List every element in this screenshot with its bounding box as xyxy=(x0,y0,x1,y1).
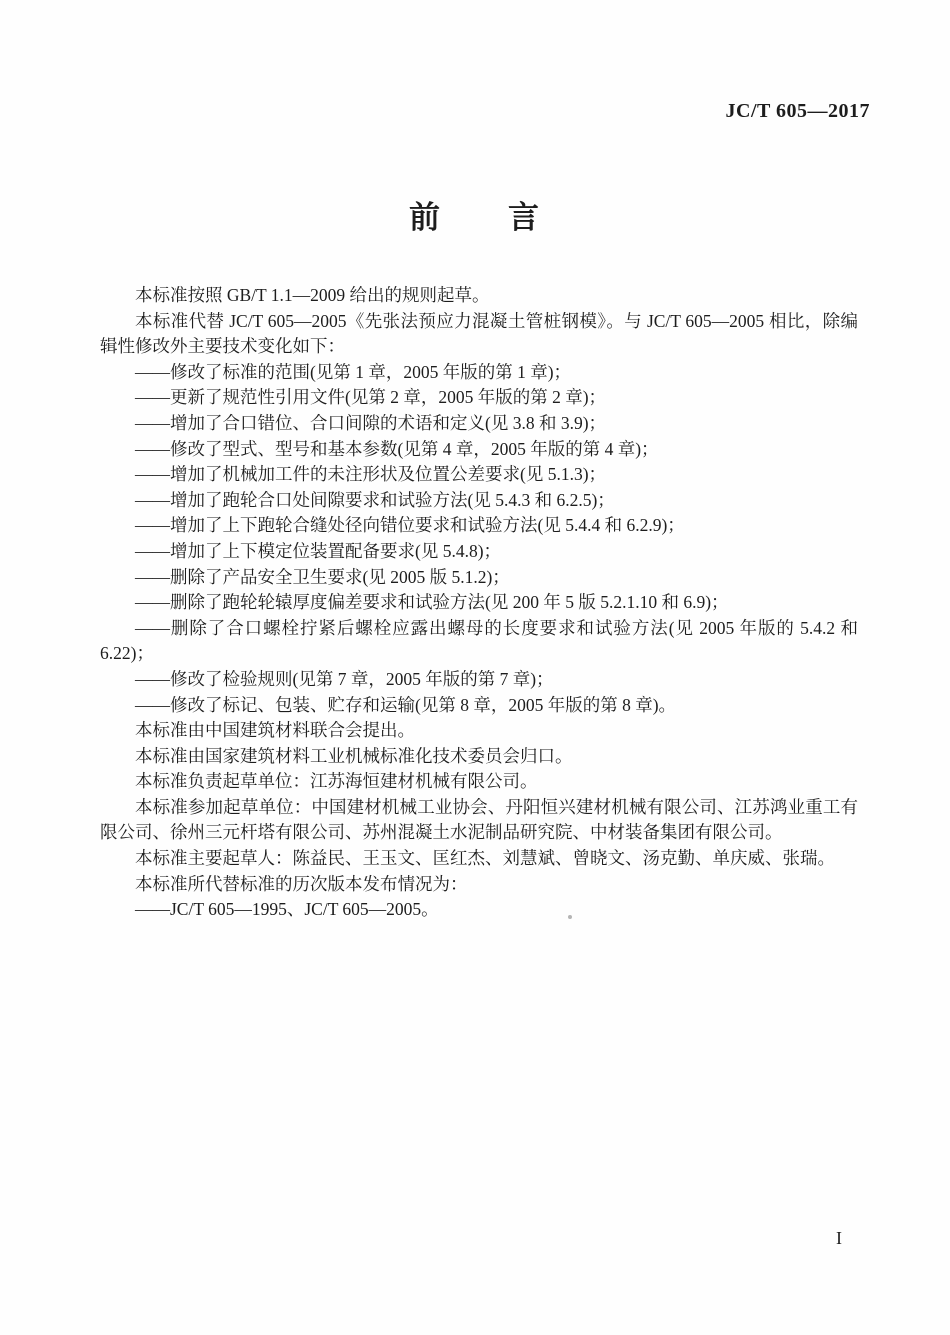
body-paragraphs: 本标准按照 GB/T 1.1—2009 给出的规则起草。本标准代替 JC/T 6… xyxy=(100,283,858,923)
document-page: JC/T 605—2017 前 言 本标准按照 GB/T 1.1—2009 给出… xyxy=(0,0,950,1335)
paragraph-line: 本标准主要起草人：陈益民、王玉文、匡红杰、刘慧斌、曾晓文、汤克勤、单庆威、张瑞。 xyxy=(100,846,858,872)
paragraph-line: 本标准所代替标准的历次版本发布情况为： xyxy=(100,872,858,898)
paragraph-line: ——修改了标准的范围(见第 1 章，2005 年版的第 1 章)； xyxy=(100,360,858,386)
scan-artifact-dot xyxy=(568,915,572,919)
paragraph-line: 本标准按照 GB/T 1.1—2009 给出的规则起草。 xyxy=(100,283,858,309)
paragraph-line: 本标准代替 JC/T 605—2005《先张法预应力混凝土管桩钢模》。与 JC/… xyxy=(100,309,858,360)
paragraph-line: ——更新了规范性引用文件(见第 2 章，2005 年版的第 2 章)； xyxy=(100,385,858,411)
paragraph-line: ——增加了上下跑轮合缝处径向错位要求和试验方法(见 5.4.4 和 6.2.9)… xyxy=(100,513,858,539)
paragraph-line: ——增加了跑轮合口处间隙要求和试验方法(见 5.4.3 和 6.2.5)； xyxy=(100,488,858,514)
paragraph-line: 本标准负责起草单位：江苏海恒建材机械有限公司。 xyxy=(100,769,858,795)
paragraph-line: ——增加了上下模定位装置配备要求(见 5.4.8)； xyxy=(100,539,858,565)
paragraph-line: 本标准参加起草单位：中国建材机械工业协会、丹阳恒兴建材机械有限公司、江苏鸿业重工… xyxy=(100,795,858,846)
paragraph-line: ——修改了检验规则(见第 7 章，2005 年版的第 7 章)； xyxy=(100,667,858,693)
paragraph-line: ——删除了跑轮轮辕厚度偏差要求和试验方法(见 200 年 5 版 5.2.1.1… xyxy=(100,590,858,616)
paragraph-line: ——增加了合口错位、合口间隙的术语和定义(见 3.8 和 3.9)； xyxy=(100,411,858,437)
paragraph-line: 本标准由中国建筑材料联合会提出。 xyxy=(100,718,858,744)
page-number: I xyxy=(836,1228,842,1249)
paragraph-line: ——删除了合口螺栓拧紧后螺栓应露出螺母的长度要求和试验方法(见 2005 年版的… xyxy=(100,616,858,667)
standard-number-header: JC/T 605—2017 xyxy=(726,100,870,123)
paragraph-line: ——修改了型式、型号和基本参数(见第 4 章，2005 年版的第 4 章)； xyxy=(100,437,858,463)
paragraph-line: ——删除了产品安全卫生要求(见 2005 版 5.1.2)； xyxy=(100,565,858,591)
paragraph-line: 本标准由国家建筑材料工业机械标准化技术委员会归口。 xyxy=(100,744,858,770)
paragraph-line: ——增加了机械加工件的未注形状及位置公差要求(见 5.1.3)； xyxy=(100,462,858,488)
paragraph-line: ——修改了标记、包装、贮存和运输(见第 8 章，2005 年版的第 8 章)。 xyxy=(100,693,858,719)
paragraph-line: ——JC/T 605—1995、JC/T 605—2005。 xyxy=(100,897,858,923)
page-title: 前 言 xyxy=(0,192,950,237)
